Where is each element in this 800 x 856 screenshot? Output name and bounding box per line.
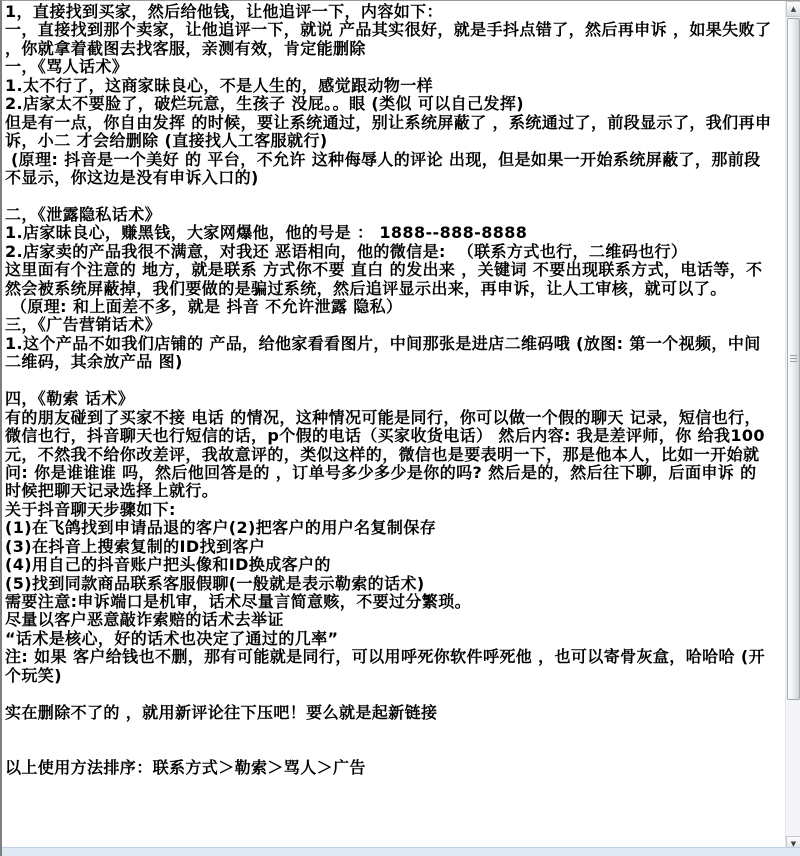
document-text-line: ，你就拿着截图去找客服，亲测有效，肯定能删除 bbox=[5, 40, 784, 58]
document-text-line: 这里面有个注意的 地方，就是联系 方式你不要 直白 的发出来 ，关键词 不要出现… bbox=[5, 261, 784, 279]
document-text-line: 但是有一点，你自由发挥 的时候，要让系统通过，别让系统屏蔽了 ，系统通过了，前段… bbox=[5, 114, 784, 132]
document-text-line: 尽量以客户恶意敲诈索赔的话术去举证 bbox=[5, 611, 784, 629]
document-text-line: 四，《勒索 话术》 bbox=[5, 390, 784, 408]
document-text-line: 1.太不行了，这商家昧良心，不是人生的，感觉跟动物一样 bbox=[5, 77, 784, 95]
up-arrow-icon: ▲ bbox=[791, 5, 796, 13]
document-text-line bbox=[5, 685, 784, 703]
document-text-line: (4)用自己的抖音账户把头像和ID换成客户的 bbox=[5, 556, 784, 574]
document-text-line: 不显示，你这边是没有申诉入口的) bbox=[5, 169, 784, 187]
document-text-line: 注: 如果 客户给钱也不删，那有可能就是同行，可以用呼死你软件呼死他 ，也可以寄… bbox=[5, 648, 784, 666]
document-window: 1，直接找到买家，然后给他钱，让他追评一下，内容如下：一，直接找到那个卖家，让他… bbox=[0, 0, 800, 856]
document-text-line bbox=[5, 722, 784, 740]
document-text-line: 然会被系统屏蔽掉，我们要做的是骗过系统，然后追评显示出来，再申诉，让人工审核，就… bbox=[5, 280, 784, 298]
document-text-line: 关于抖音聊天步骤如下: bbox=[5, 501, 784, 519]
document-text-line: 实在删除不了的 ，就用新评论往下压吧！要么就是起新链接 bbox=[5, 704, 784, 722]
document-text-line: 有的朋友碰到了买家不接 电话 的情况，这种情况可能是同行，你可以做一个假的聊天 … bbox=[5, 409, 784, 427]
document-text-line: (1)在飞鸽找到申请品退的客户(2)把客户的用户名复制保存 bbox=[5, 519, 784, 537]
vertical-scrollbar[interactable]: ▲ ▼ bbox=[785, 1, 800, 853]
document-text-line: 问: 你是谁谁谁 吗，然后他回答是的 ，订单号多少多少是你的吗? 然后是的，然后… bbox=[5, 464, 784, 482]
document-text-line: 微信也行，抖音聊天也行短信的话，p个假的电话（买家收货电话） 然后内容: 我是差… bbox=[5, 427, 784, 445]
scrollbar-grip-icon bbox=[790, 355, 797, 363]
document-text-line: 1.这个产品不如我们店铺的 产品，给他家看看图片，中间那张是进店二维码哦 (放图… bbox=[5, 335, 784, 353]
document-text-line: 2.店家太不要脸了，破烂玩意，生孩子 没屁。。眼 (类似 可以自己发挥) bbox=[5, 95, 784, 113]
document-text-line bbox=[5, 741, 784, 759]
document-text-line: 个玩笑) bbox=[5, 667, 784, 685]
document-text-line: 元，不然我不给你改差评，我故意评的，类似这样的，微信也是要表明一下，那是他本人，… bbox=[5, 446, 784, 464]
document-text-line: 2.店家卖的产品我很不满意，对我还 恶语相向，他的微信是: （联系方式也行，二维… bbox=[5, 243, 784, 261]
scrollbar-thumb[interactable] bbox=[787, 18, 800, 700]
document-text-line: 一，直接找到那个卖家，让他追评一下，就说 产品其实很好，就是手抖点错了，然后再申… bbox=[5, 21, 784, 39]
document-text-line: (5)找到同款商品联系客服假聊(一般就是表示勒索的话术) bbox=[5, 575, 784, 593]
document-lines: 1，直接找到买家，然后给他钱，让他追评一下，内容如下：一，直接找到那个卖家，让他… bbox=[3, 2, 784, 777]
document-text-line: 时候把聊天记录选择上就行。 bbox=[5, 482, 784, 500]
document-text-line: “话术是核心，好的话术也决定了通过的几率” bbox=[5, 630, 784, 648]
document-text-line: 一，《骂人话术》 bbox=[5, 58, 784, 76]
scrollbar-up-button[interactable]: ▲ bbox=[786, 1, 800, 17]
document-text-line: （原理: 和上面差不多，就是 抖音 不允许泄露 隐私） bbox=[5, 298, 784, 316]
document-text-line: (原理: 抖音是一个美好 的 平台，不允许 这种侮辱人的评论 出现，但是如果一开… bbox=[5, 151, 784, 169]
document-text-line: (3)在抖音上搜索复制的ID找到客户 bbox=[5, 538, 784, 556]
document-text-line bbox=[5, 372, 784, 390]
document-text-line: 二，《泄露隐私话术》 bbox=[5, 206, 784, 224]
document-text-line: 三，《广告营销话术》 bbox=[5, 316, 784, 334]
document-text-line: 1，直接找到买家，然后给他钱，让他追评一下，内容如下： bbox=[5, 3, 784, 21]
document-text-line: 需要注意:申诉端口是机审，话术尽量言简意赅，不要过分繁琐。 bbox=[5, 593, 784, 611]
document-text-line: 二维码，其余放产品 图) bbox=[5, 353, 784, 371]
window-bottom-strip bbox=[2, 847, 800, 856]
document-text-line: 诉，小二 才会给删除 (直接找人工客服就行) bbox=[5, 132, 784, 150]
document-text-area[interactable]: 1，直接找到买家，然后给他钱，让他追评一下，内容如下：一，直接找到那个卖家，让他… bbox=[3, 2, 784, 846]
document-text-line bbox=[5, 187, 784, 205]
document-text-line: 以上使用方法排序：联系方式＞勒索＞骂人＞广告 bbox=[5, 759, 784, 777]
document-text-line: 1.店家昧良心，赚黑钱，大家网爆他，他的号是 ： 1888--888-8888 bbox=[5, 224, 784, 242]
